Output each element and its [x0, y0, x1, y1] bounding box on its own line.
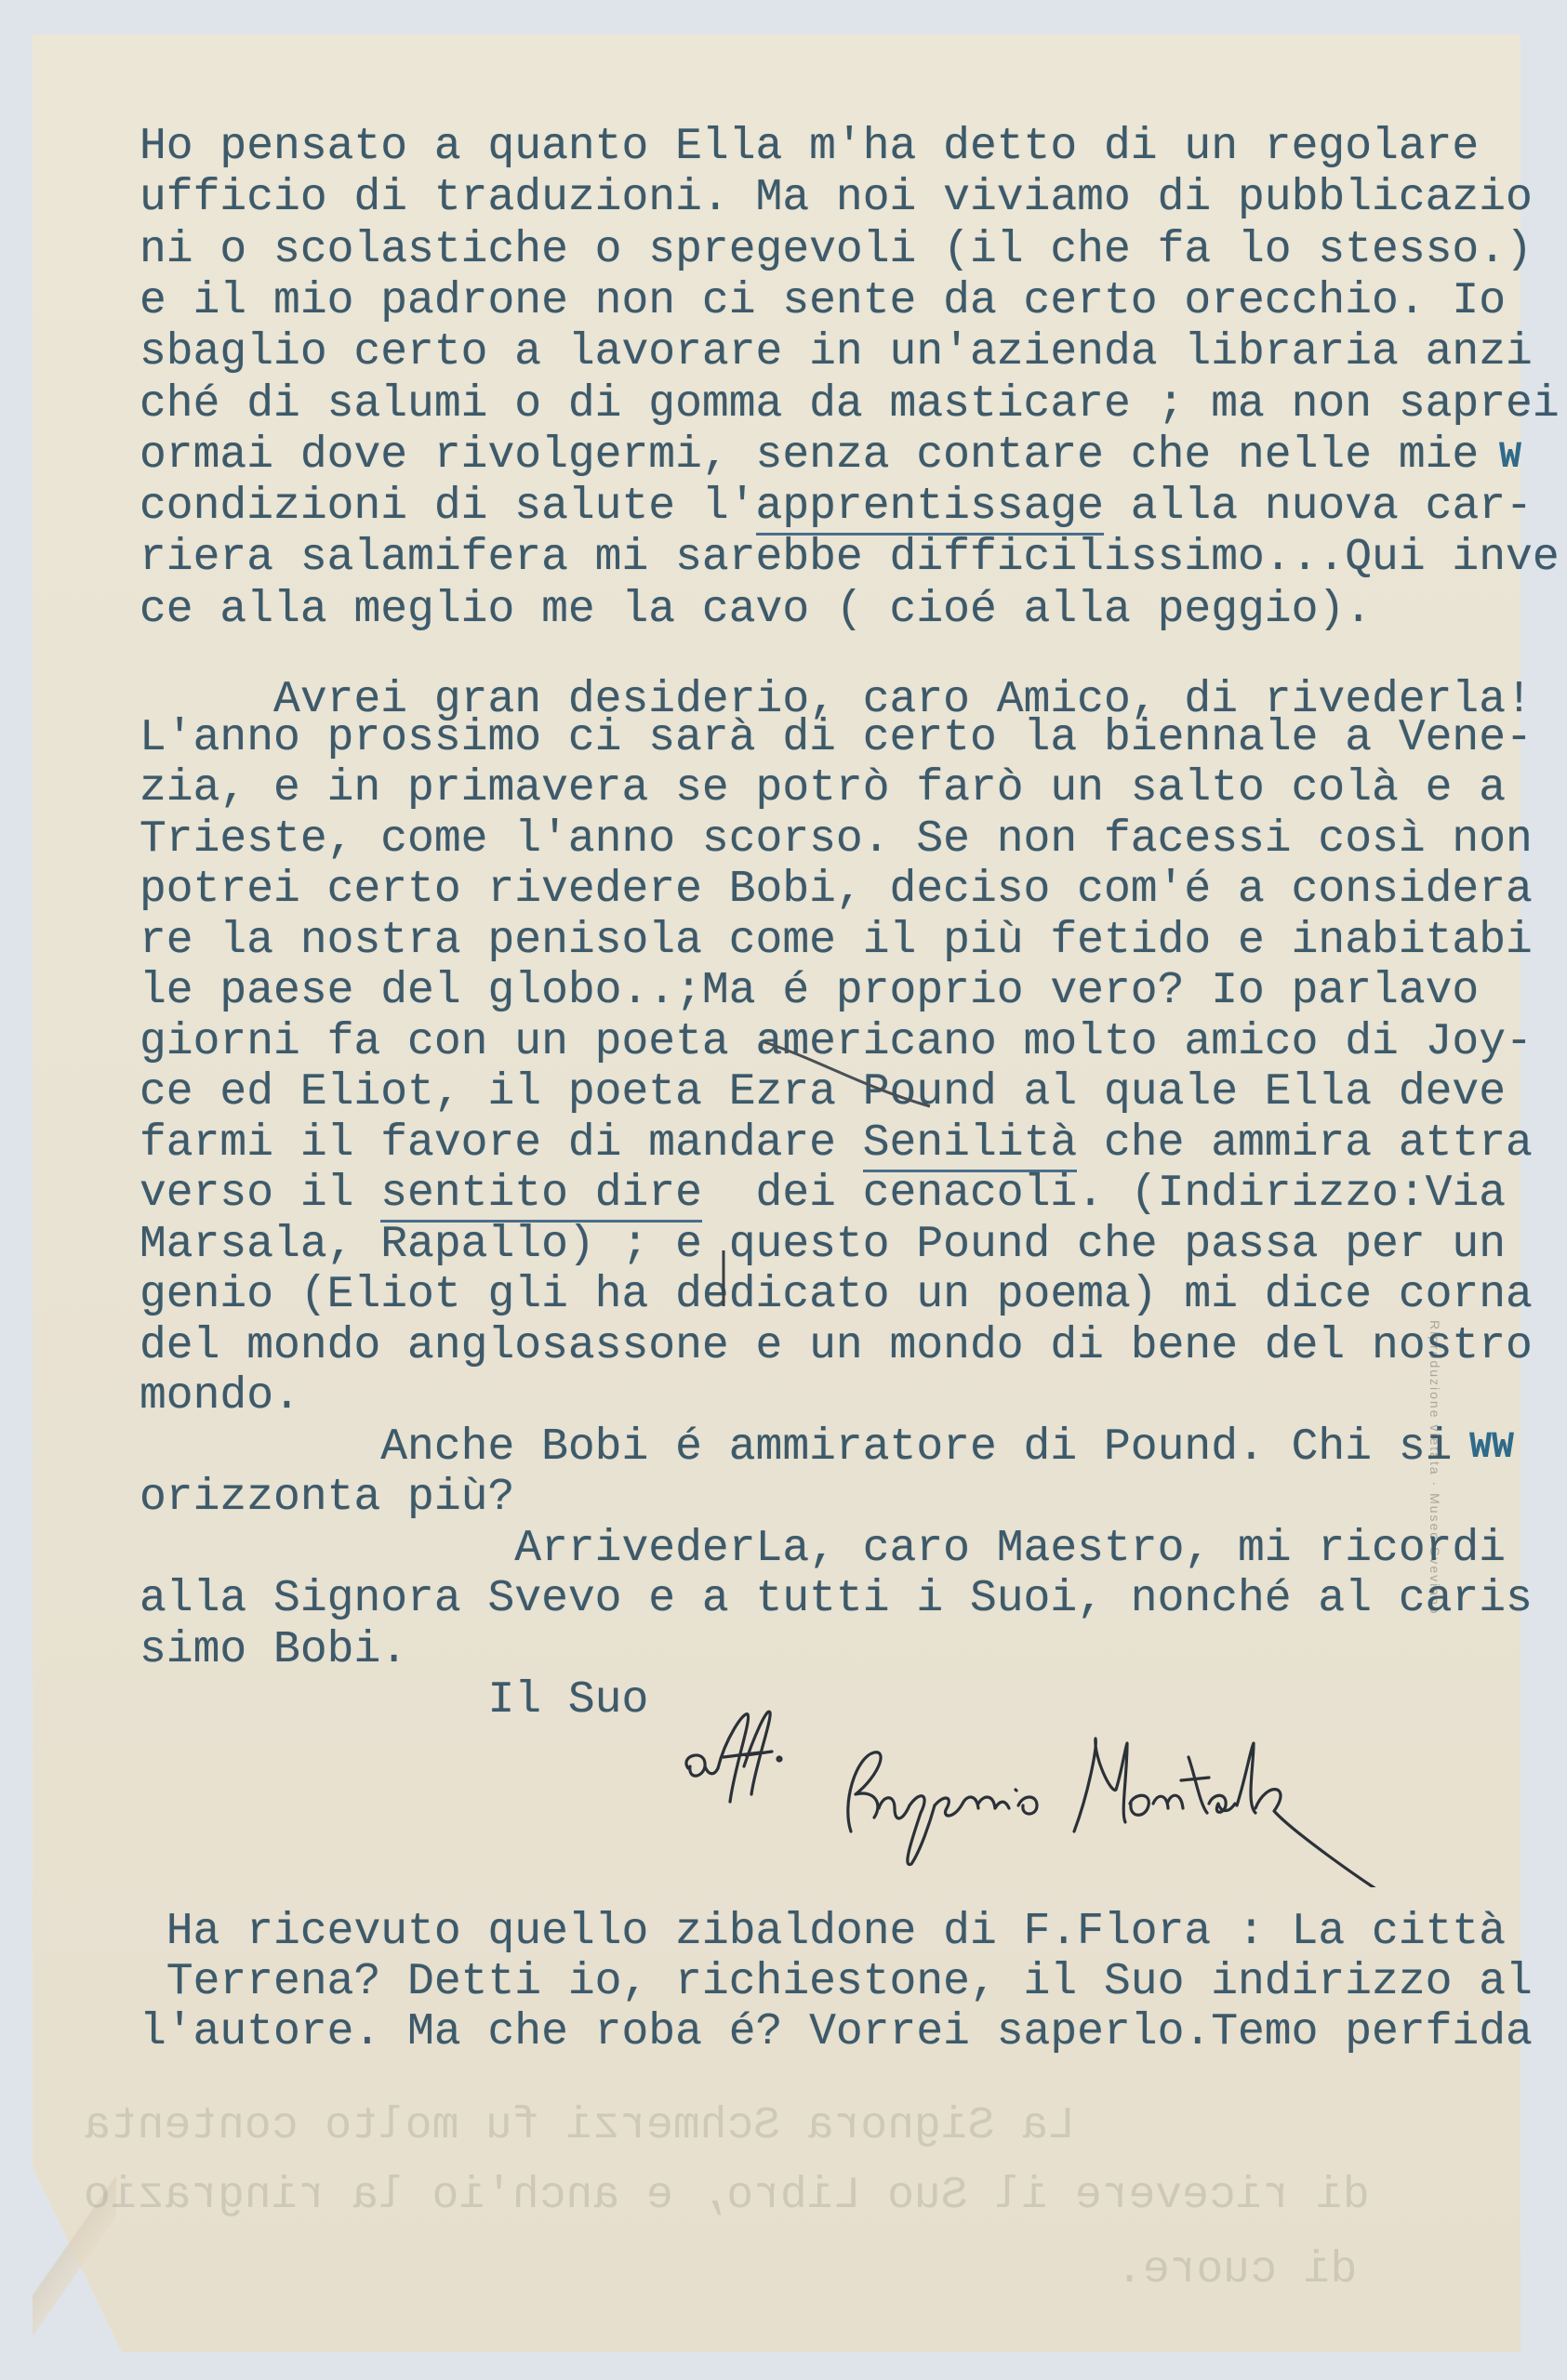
text-line: Ha ricevuto quello zibaldone di F.Flora … — [139, 1910, 1506, 1954]
text-line: Terrena? Detti io, richiestone, il Suo i… — [139, 1960, 1533, 2004]
text-line: orizzonta più? — [139, 1475, 514, 1520]
closing-line: Il Suo — [139, 1678, 648, 1723]
text-line: Anche Bobi é ammiratore di Pound. Chi si — [139, 1425, 1452, 1470]
text-line: alla Signora Svevo e a tutti i Suoi, non… — [139, 1577, 1533, 1621]
text-line: simo Bobi. — [139, 1628, 407, 1673]
margin-mark: WW — [1469, 1427, 1514, 1469]
handwritten-signature: Eugenio Montale — [651, 1701, 1507, 1887]
text-line: ArrivederLa, caro Maestro, mi ricordi — [139, 1527, 1506, 1571]
text-line: l'autore. Ma che roba é? Vorrei saperlo.… — [139, 2010, 1533, 2055]
